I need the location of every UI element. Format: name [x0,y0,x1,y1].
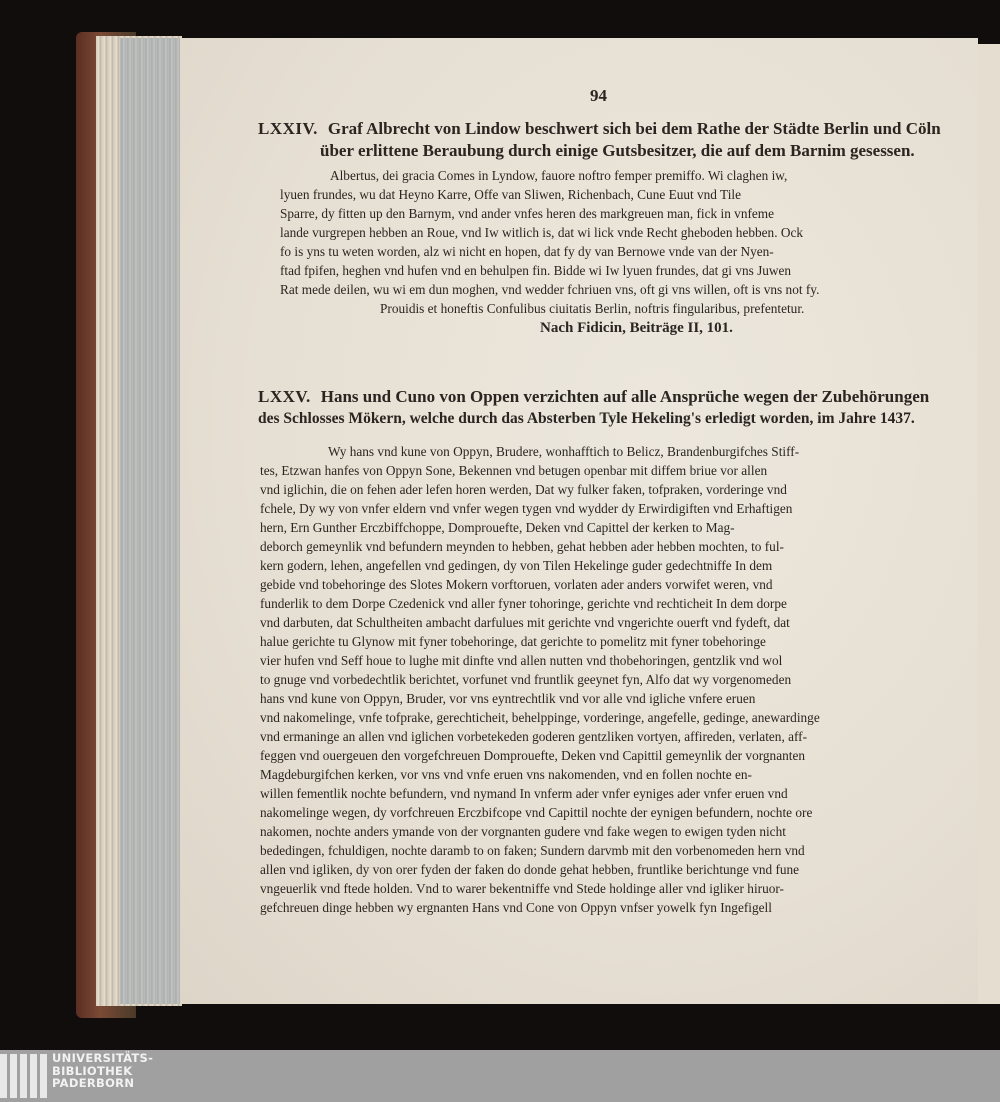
text-line: hern, Ern Gunther Erczbiffchoppe, Dompro… [260,518,960,537]
text-line: lande vurgrepen hebben an Roue, vnd Iw w… [280,223,960,242]
text-line: halue gerichte tu Glynow mit fyner tobeh… [260,632,960,651]
text-line: funderlik to dem Dorpe Czedenick vnd all… [260,594,960,613]
text-line: ftad fpifen, heghen vnd hufen vnd en beh… [280,261,960,280]
text-line: to gnuge vnd vorbedechtlik berichtet, vo… [260,670,960,689]
library-logo-icon [0,1054,47,1100]
text-line: deborch gemeynlik vnd befundern meynden … [260,537,960,556]
logo-line: PADERBORN [52,1077,153,1090]
text-line: allen vnd igliken, dy von orer fyden der… [260,860,960,879]
logo-line: UNIVERSITÄTS- [52,1052,153,1065]
document-numeral: LXXV. [258,387,311,406]
document-body-lxxiv: Albertus, dei gracia Comes in Lyndow, fa… [280,166,960,318]
text-line: vnd nakomelinge, vnfe tofprake, gerechti… [260,708,960,727]
text-line: tes, Etzwan hanfes von Oppyn Sone, Beken… [260,461,960,480]
facing-page-edge [976,44,1000,1004]
text-line: fo is yns tu weten worden, alz wi nicht … [280,242,960,261]
heading-line: des Schlosses Mökern, welche durch das A… [258,408,978,430]
library-logo-text: UNIVERSITÄTS- BIBLIOTHEK PADERBORN [52,1052,153,1090]
text-line: vnd ermaninge an allen vnd iglichen vorb… [260,727,960,746]
text-line: feggen vnd ouergeuen den vorgefchreuen D… [260,746,960,765]
page-number: 94 [590,86,607,106]
heading-line: über erlittene Beraubung durch einige Gu… [258,140,958,162]
address-line: Prouidis et honeftis Confulibus ciuitati… [280,299,960,318]
book-page: 94 LXXIV.Graf Albrecht von Lindow beschw… [180,38,978,1004]
text-line: Wy hans vnd kune von Oppyn, Brudere, won… [260,442,960,461]
text-line: Albertus, dei gracia Comes in Lyndow, fa… [280,166,960,185]
document-numeral: LXXIV. [258,119,318,138]
text-line: nakomelinge wegen, dy vorfchreuen Erczbi… [260,803,960,822]
text-line: gebide vnd tobehoringe des Slotes Mokern… [260,575,960,594]
text-line: willen fementlik nochte befundern, vnd n… [260,784,960,803]
source-citation: Nach Fidicin, Beiträge II, 101. [540,320,733,337]
text-line: gefchreuen dinge hebben wy ergnanten Han… [260,898,960,917]
page-edges-tinted [120,38,180,1004]
text-line: vier hufen vnd Seff houe to lughe mit di… [260,651,960,670]
text-line: nakomen, nochte anders ymande von der vo… [260,822,960,841]
text-line: bededingen, fchuldigen, nochte daramb to… [260,841,960,860]
text-line: vnd iglichin, die on fehen ader lefen ho… [260,480,960,499]
text-line: hans vnd kune von Oppyn, Bruder, vor vns… [260,689,960,708]
document-heading-lxxv: LXXV.Hans und Cuno von Oppen verzichten … [258,386,978,430]
text-line: Sparre, dy fitten up den Barnym, vnd and… [280,204,960,223]
text-line: lyuen frundes, wu dat Heyno Karre, Offe … [280,185,960,204]
text-line: kern godern, lehen, angefellen vnd gedin… [260,556,960,575]
document-heading-lxxiv: LXXIV.Graf Albrecht von Lindow beschwert… [258,118,958,162]
text-line: Magdeburgifchen kerken, vor vns vnd vnfe… [260,765,960,784]
text-line: fchele, Dy wy von vnfer eldern vnd vnfer… [260,499,960,518]
text-line: vnd darbuten, dat Schultheiten ambacht d… [260,613,960,632]
text-line: Rat mede deilen, wu wi em dun moghen, vn… [280,280,960,299]
heading-line: Hans und Cuno von Oppen verzichten auf a… [321,387,929,406]
text-line: vngeuerlik vnd ftede holden. Vnd to ware… [260,879,960,898]
document-body-lxxv: Wy hans vnd kune von Oppyn, Brudere, won… [260,442,960,917]
heading-line: Graf Albrecht von Lindow beschwert sich … [328,119,941,138]
